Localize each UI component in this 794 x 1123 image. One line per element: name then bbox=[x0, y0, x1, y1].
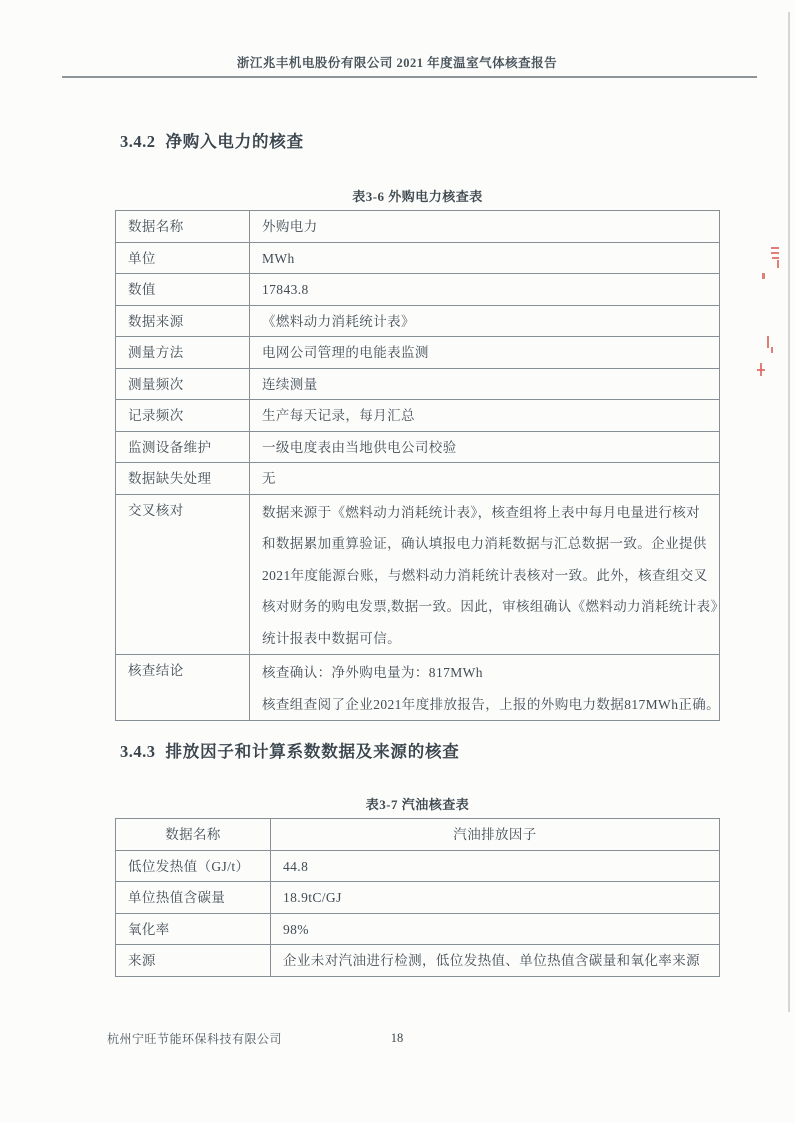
table-3-7-caption: 表3-7 汽油核查表 bbox=[115, 794, 720, 813]
table-3-6-body: 数据名称外购电力单位MWh数值17843.8数据来源《燃料动力消耗统计表》测量方… bbox=[116, 211, 720, 721]
value-line: 统计报表中数据可信。 bbox=[262, 623, 709, 655]
table-row: 记录频次生产每天记录，每月汇总 bbox=[116, 400, 720, 432]
row-value: 数据来源于《燃料动力消耗统计表》，核查组将上表中每月电量进行核对和数据累加重算验… bbox=[250, 494, 720, 655]
value-line: 核查确认：净外购电量为：817MWh bbox=[262, 657, 709, 689]
row-label: 数值 bbox=[116, 274, 250, 306]
section-number: 3.4.2 bbox=[120, 132, 156, 151]
red-scan-artifact bbox=[771, 252, 779, 254]
table-row: 测量方法电网公司管理的电能表监测 bbox=[116, 337, 720, 369]
row-label: 数据缺失处理 bbox=[116, 463, 250, 495]
row-label: 测量方法 bbox=[116, 337, 250, 369]
row-value: 汽油排放因子 bbox=[271, 819, 720, 851]
section-number: 3.4.3 bbox=[120, 742, 156, 761]
row-value: 44.8 bbox=[271, 850, 720, 882]
table-3-7-body: 数据名称汽油排放因子低位发热值（GJ/t）44.8单位热值含碳量18.9tC/G… bbox=[116, 819, 720, 977]
row-label: 核查结论 bbox=[116, 655, 250, 721]
value-line: 2021年度能源台账，与燃料动力消耗统计表核对一致。此外，核查组交叉 bbox=[262, 560, 709, 592]
row-label: 数据名称 bbox=[116, 819, 271, 851]
row-label: 测量频次 bbox=[116, 368, 250, 400]
row-label: 低位发热值（GJ/t） bbox=[116, 850, 271, 882]
red-scan-artifact bbox=[760, 363, 762, 376]
red-scan-artifact bbox=[767, 336, 769, 348]
row-label: 单位热值含碳量 bbox=[116, 882, 271, 914]
table-row: 氧化率98% bbox=[116, 913, 720, 945]
footer-page-number: 18 bbox=[0, 1031, 794, 1046]
document-page: 浙江兆丰机电股份有限公司 2021 年度温室气体核查报告 3.4.2净购入电力的… bbox=[0, 0, 794, 1123]
table-3-6-caption: 表3-6 外购电力核查表 bbox=[115, 186, 720, 205]
row-value: 生产每天记录，每月汇总 bbox=[250, 400, 720, 432]
table-row: 数据名称外购电力 bbox=[116, 211, 720, 243]
table-row: 监测设备维护一级电度表由当地供电公司校验 bbox=[116, 431, 720, 463]
row-label: 氧化率 bbox=[116, 913, 271, 945]
row-label: 监测设备维护 bbox=[116, 431, 250, 463]
red-scan-artifact bbox=[771, 247, 779, 249]
table-row: 单位热值含碳量18.9tC/GJ bbox=[116, 882, 720, 914]
row-label: 数据来源 bbox=[116, 305, 250, 337]
table-row: 数据缺失处理无 bbox=[116, 463, 720, 495]
table-row: 低位发热值（GJ/t）44.8 bbox=[116, 850, 720, 882]
row-label: 来源 bbox=[116, 945, 271, 977]
red-scan-artifact bbox=[772, 257, 779, 259]
row-label: 数据名称 bbox=[116, 211, 250, 243]
value-line: 核对财务的购电发票,数据一致。因此，审核组确认《燃料动力消耗统计表》 bbox=[262, 591, 709, 623]
row-value: 无 bbox=[250, 463, 720, 495]
red-scan-artifact bbox=[777, 260, 779, 268]
header-rule bbox=[62, 76, 757, 78]
row-value: MWh bbox=[250, 242, 720, 274]
section-heading-3-4-3: 3.4.3排放因子和计算系数数据及来源的核查 bbox=[120, 738, 460, 762]
header-title: 浙江兆丰机电股份有限公司 2021 年度温室气体核查报告 bbox=[0, 53, 794, 71]
table-row: 核查结论核查确认：净外购电量为：817MWh核查组查阅了企业2021年度排放报告… bbox=[116, 655, 720, 721]
row-value: 98% bbox=[271, 913, 720, 945]
row-value: 企业未对汽油进行检测，低位发热值、单位热值含碳量和氧化率来源 bbox=[271, 945, 720, 977]
row-label: 单位 bbox=[116, 242, 250, 274]
section-heading-3-4-2: 3.4.2净购入电力的核查 bbox=[120, 128, 304, 152]
value-line: 核查组查阅了企业2021年度排放报告，上报的外购电力数据817MWh正确。 bbox=[262, 689, 709, 721]
section-title: 净购入电力的核查 bbox=[166, 132, 304, 151]
scan-edge-line bbox=[788, 12, 790, 1012]
row-value: 外购电力 bbox=[250, 211, 720, 243]
red-scan-artifact bbox=[771, 347, 773, 353]
value-line: 和数据累加重算验证，确认填报电力消耗数据与汇总数据一致。企业提供 bbox=[262, 528, 709, 560]
table-row: 来源企业未对汽油进行检测，低位发热值、单位热值含碳量和氧化率来源 bbox=[116, 945, 720, 977]
row-value: 18.9tC/GJ bbox=[271, 882, 720, 914]
table-row: 数据名称汽油排放因子 bbox=[116, 819, 720, 851]
value-line: 数据来源于《燃料动力消耗统计表》，核查组将上表中每月电量进行核对 bbox=[262, 497, 709, 529]
row-label: 交叉核对 bbox=[116, 494, 250, 655]
table-row: 数值17843.8 bbox=[116, 274, 720, 306]
row-value: 连续测量 bbox=[250, 368, 720, 400]
row-value: 一级电度表由当地供电公司校验 bbox=[250, 431, 720, 463]
table-3-6: 数据名称外购电力单位MWh数值17843.8数据来源《燃料动力消耗统计表》测量方… bbox=[115, 210, 720, 721]
table-row: 测量频次连续测量 bbox=[116, 368, 720, 400]
row-value: 《燃料动力消耗统计表》 bbox=[250, 305, 720, 337]
table-row: 数据来源《燃料动力消耗统计表》 bbox=[116, 305, 720, 337]
table-row: 交叉核对数据来源于《燃料动力消耗统计表》，核查组将上表中每月电量进行核对和数据累… bbox=[116, 494, 720, 655]
red-scan-artifact bbox=[762, 273, 765, 279]
row-value: 核查确认：净外购电量为：817MWh核查组查阅了企业2021年度排放报告，上报的… bbox=[250, 655, 720, 721]
table-3-7: 数据名称汽油排放因子低位发热值（GJ/t）44.8单位热值含碳量18.9tC/G… bbox=[115, 818, 720, 977]
row-label: 记录频次 bbox=[116, 400, 250, 432]
row-value: 电网公司管理的电能表监测 bbox=[250, 337, 720, 369]
table-row: 单位MWh bbox=[116, 242, 720, 274]
section-title: 排放因子和计算系数数据及来源的核查 bbox=[166, 742, 460, 761]
row-value: 17843.8 bbox=[250, 274, 720, 306]
